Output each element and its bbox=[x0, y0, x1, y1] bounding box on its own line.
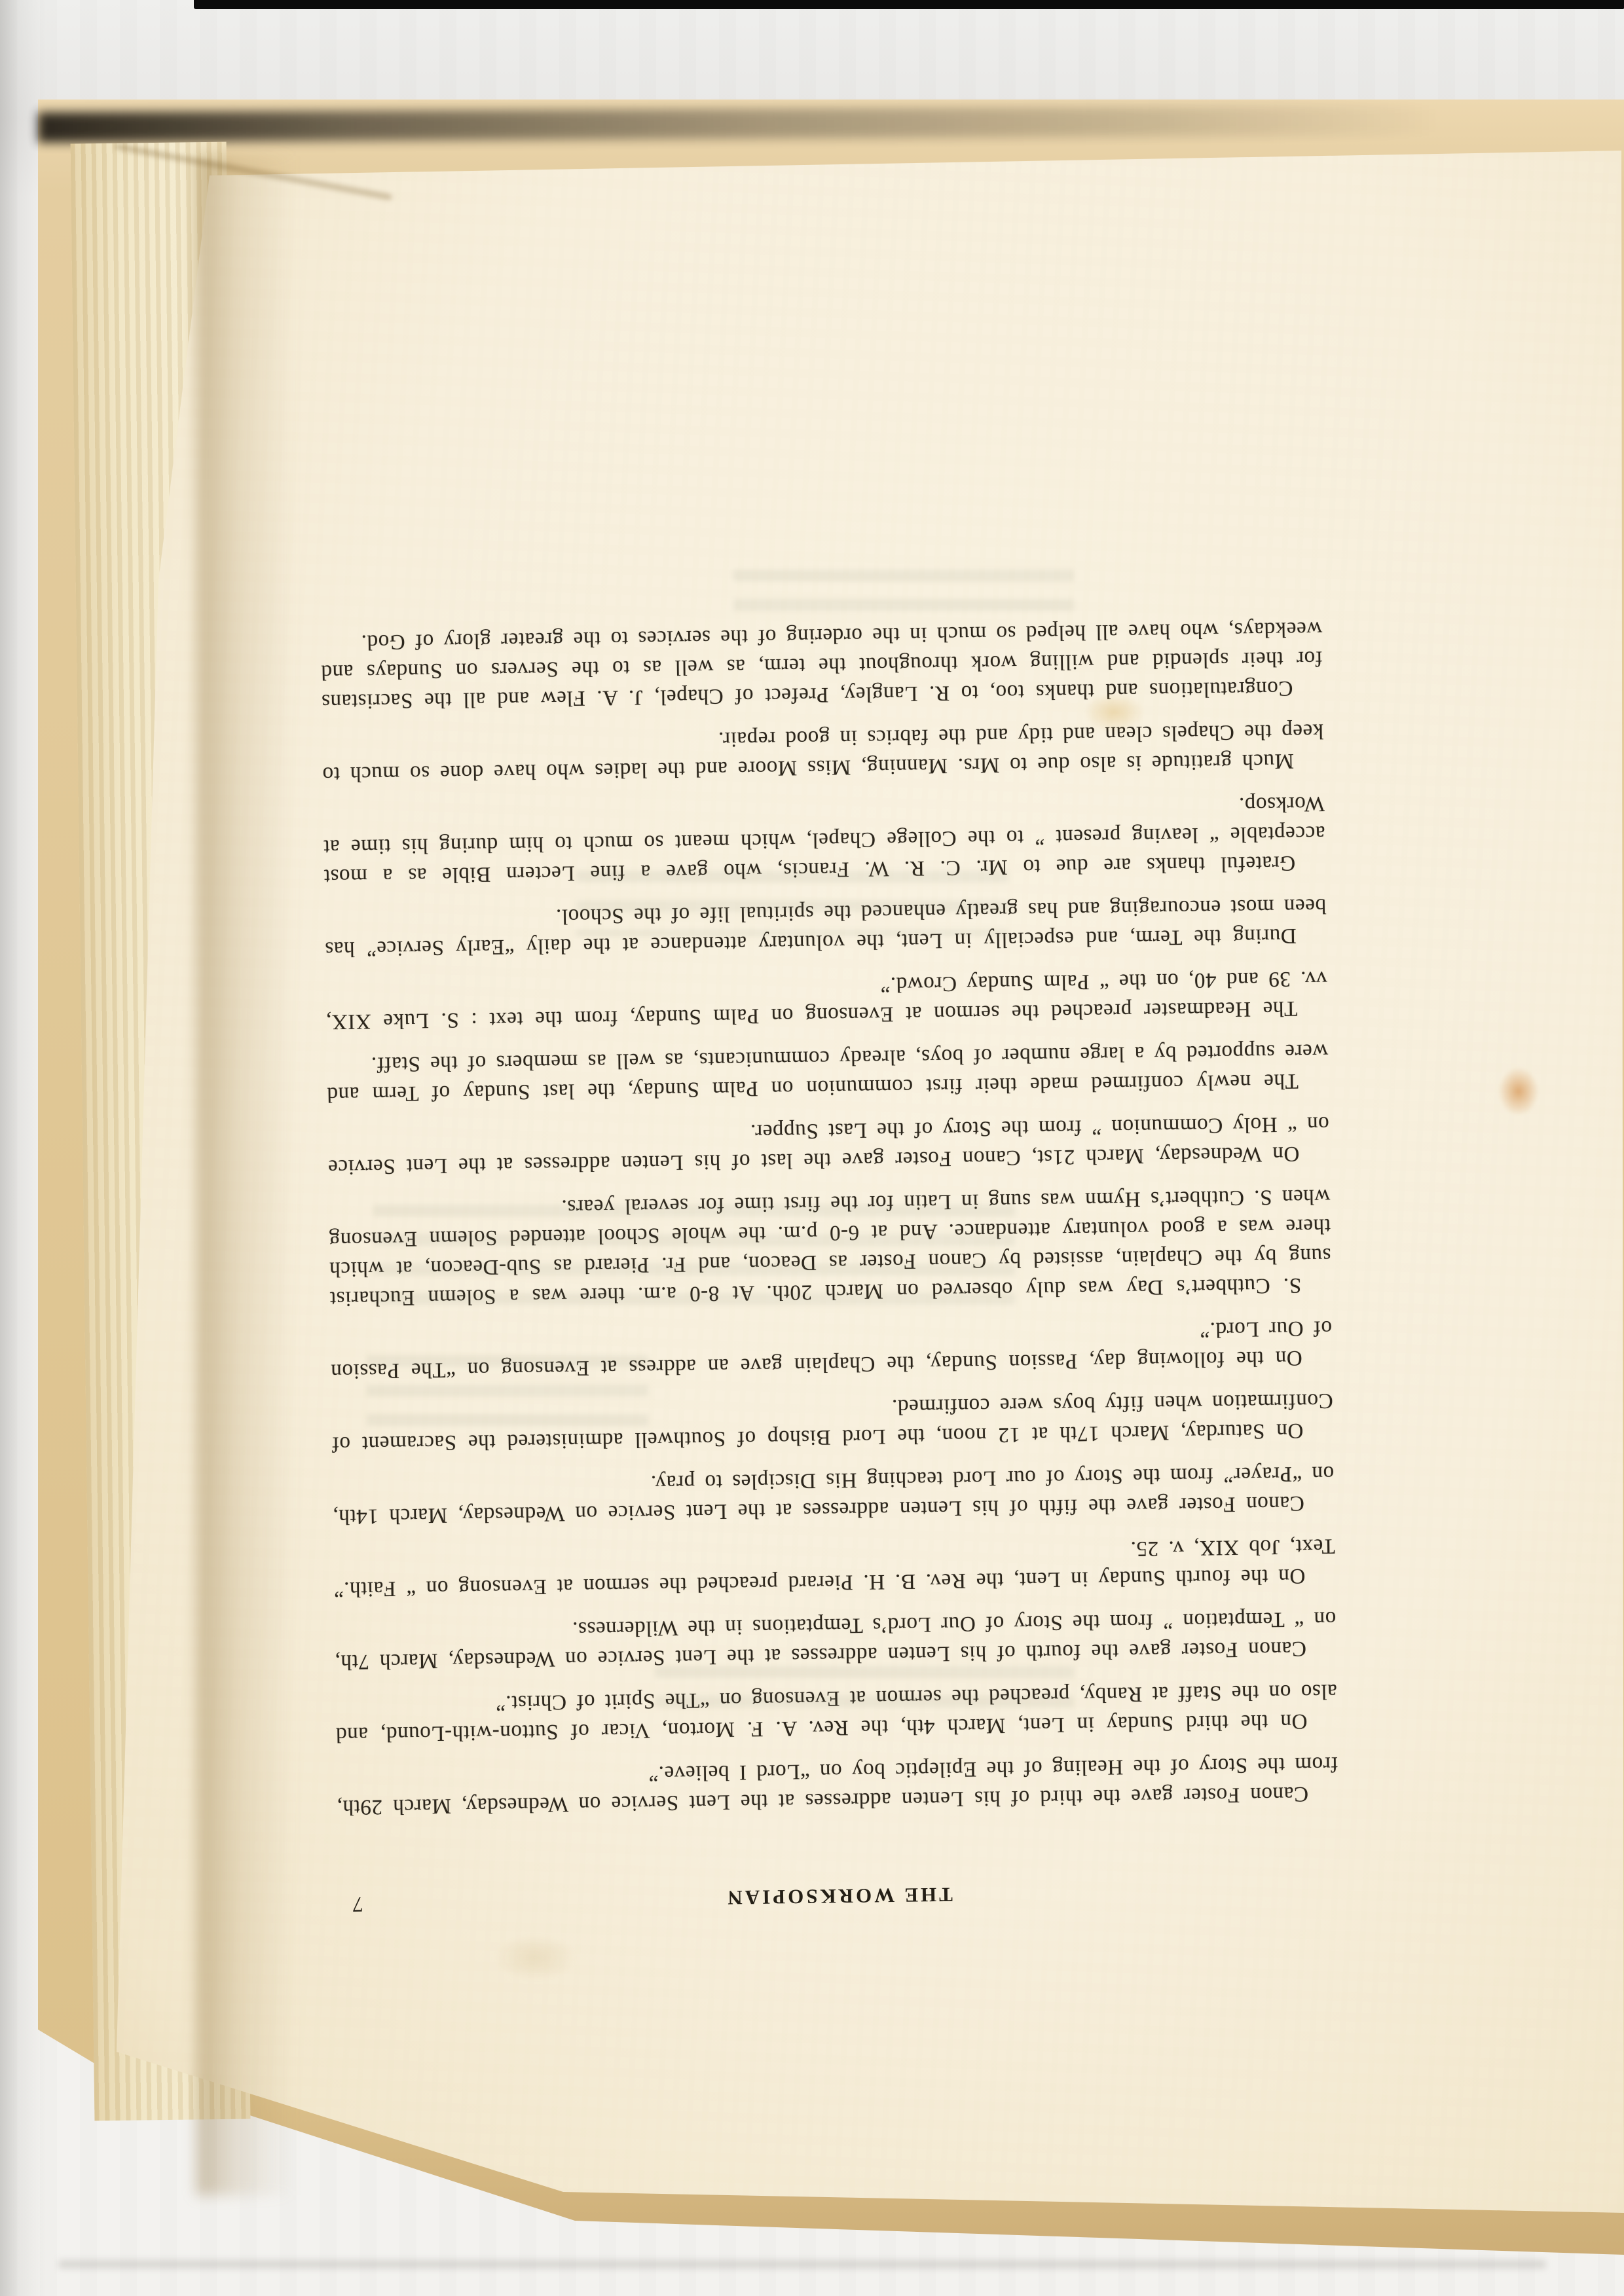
stain bbox=[1084, 693, 1144, 732]
top-scan-bar bbox=[194, 0, 1624, 9]
paragraph: On the fourth Sunday in Lent, the Rev. B… bbox=[333, 1531, 1336, 1603]
paragraph: The newly confirmed made their first com… bbox=[326, 1036, 1329, 1108]
paragraph: Canon Foster gave the fifth of his Lente… bbox=[332, 1458, 1335, 1531]
showthrough-smudge bbox=[733, 570, 1074, 629]
stain bbox=[494, 1935, 576, 1980]
paragraph: Canon Foster gave the third of his Lente… bbox=[336, 1749, 1338, 1821]
paragraph: Much gratitude is also due to Mrs. Manni… bbox=[322, 716, 1324, 788]
gutter-shadow bbox=[196, 156, 295, 2195]
paragraph: The Headmaster preached the sermon at Ev… bbox=[325, 963, 1327, 1036]
paragraph: Congratulations and thanks too, to R. La… bbox=[320, 613, 1323, 716]
running-title: THE WORKSOPIAN bbox=[338, 1877, 1340, 1914]
showthrough-smudge bbox=[373, 1205, 1015, 1309]
page-number: 7 bbox=[352, 1891, 363, 1916]
stain bbox=[1498, 1067, 1539, 1116]
page-sheet: THE WORKSOPIAN 7 Canon Foster gave the t… bbox=[111, 148, 1624, 2222]
running-head: THE WORKSOPIAN 7 bbox=[338, 1870, 1340, 1914]
showthrough-smudge bbox=[367, 1355, 648, 1440]
showthrough-smudge bbox=[576, 871, 1008, 936]
paragraph: Canon Foster gave the fourth of his Lent… bbox=[334, 1603, 1337, 1676]
showthrough-smudge bbox=[655, 1666, 1074, 1719]
paragraph: On Wednesday, March 21st, Canon Foster g… bbox=[327, 1108, 1330, 1181]
bottom-scan-streak bbox=[59, 2260, 1545, 2269]
